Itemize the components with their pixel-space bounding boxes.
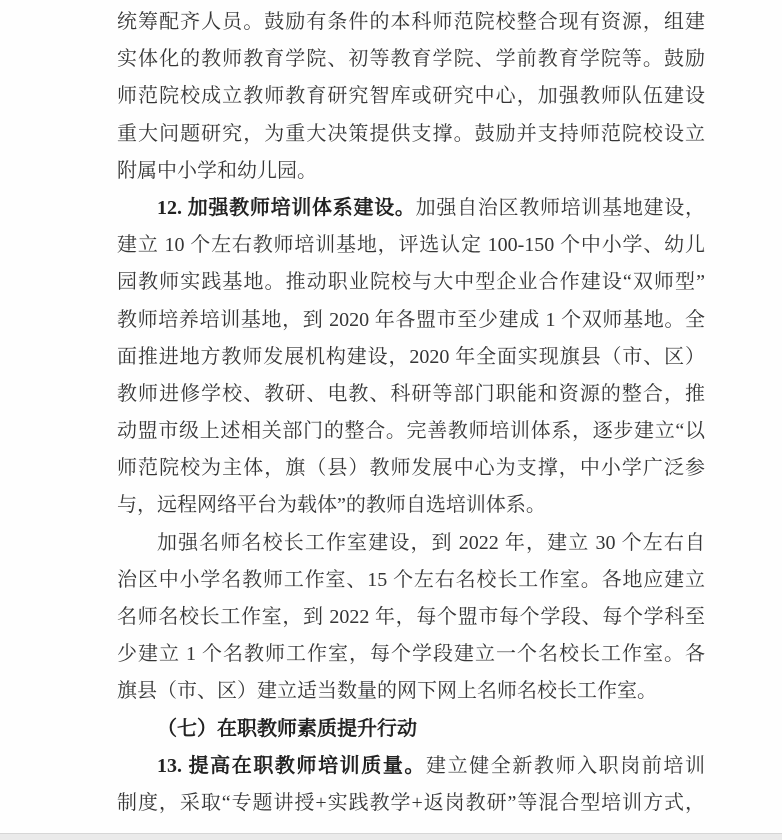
text-line: 面推进地方教师发展机构建设，2020 年全面实现旗县（市、区） xyxy=(117,339,705,376)
text-segment: 面推进地方教师发展机构建设，2020 年全面实现旗县（市、区） xyxy=(117,346,705,368)
text-line: 重大问题研究，为重大决策提供支撑。鼓励并支持师范院校设立 xyxy=(117,116,705,153)
text-line: 与，远程网络平台为载体”的教师自选培训体系。 xyxy=(117,487,705,524)
text-segment: 加强自治区教师培训基地建设， xyxy=(416,197,705,219)
text-segment: 园教师实践基地。推动职业院校与大中型企业合作建设“双师型” xyxy=(117,271,705,293)
text-line: 建立 10 个左右教师培训基地，评选认定 100-150 个中小学、幼儿 xyxy=(117,227,705,264)
text-line: 旗县（市、区）建立适当数量的网下网上名师名校长工作室。 xyxy=(117,673,705,710)
text-segment: 名师名校长工作室，到 2022 年，每个盟市每个学段、每个学科至 xyxy=(117,606,705,628)
text-line: 教师培养培训基地，到 2020 年各盟市至少建成 1 个双师基地。全 xyxy=(117,302,705,339)
section-number-title: 12. 加强教师培训体系建设。 xyxy=(157,197,416,219)
text-segment: 师范院校成立教师教育研究智库或研究中心，加强教师队伍建设 xyxy=(117,85,705,107)
text-line-section-13: 13. 提高在职教师培训质量。建立健全新教师入职岗前培训 xyxy=(117,748,705,785)
text-segment: 教师培养培训基地，到 2020 年各盟市至少建成 1 个双师基地。全 xyxy=(117,309,705,331)
text-line-section-12: 12. 加强教师培训体系建设。加强自治区教师培训基地建设， xyxy=(117,190,705,227)
text-segment: 旗县（市、区）建立适当数量的网下网上名师名校长工作室。 xyxy=(117,680,657,702)
text-segment: 治区中小学名教师工作室、15 个左右名校长工作室。各地应建立 xyxy=(117,569,705,591)
text-line: 名师名校长工作室，到 2022 年，每个盟市每个学段、每个学科至 xyxy=(117,599,705,636)
text-segment: 附属中小学和幼儿园。 xyxy=(117,160,317,182)
text-segment: 重大问题研究，为重大决策提供支撑。鼓励并支持师范院校设立 xyxy=(117,123,705,145)
text-line: 实体化的教师教育学院、初等教育学院、学前教育学院等。鼓励 xyxy=(117,41,705,78)
text-line: 动盟市级上述相关部门的整合。完善教师培训体系，逐步建立“以 xyxy=(117,413,705,450)
text-segment: 实体化的教师教育学院、初等教育学院、学前教育学院等。鼓励 xyxy=(117,48,705,70)
text-segment: 动盟市级上述相关部门的整合。完善教师培训体系，逐步建立“以 xyxy=(117,420,705,442)
text-line: 制度，采取“专题讲授+实践教学+返岗教研”等混合型培训方式， xyxy=(117,785,705,822)
text-segment: 建立健全新教师入职岗前培训 xyxy=(426,755,705,777)
text-line: 加强名师名校长工作室建设，到 2022 年，建立 30 个左右自 xyxy=(117,525,705,562)
text-segment: 统筹配齐人员。鼓励有条件的本科师范院校整合现有资源，组建 xyxy=(117,11,705,33)
text-segment: 加强名师名校长工作室建设，到 2022 年，建立 30 个左右自 xyxy=(157,532,705,554)
text-segment: 建立 10 个左右教师培训基地，评选认定 100-150 个中小学、幼儿 xyxy=(117,234,705,256)
document-text-block: 统筹配齐人员。鼓励有条件的本科师范院校整合现有资源，组建 实体化的教师教育学院、… xyxy=(117,4,705,822)
document-page: 统筹配齐人员。鼓励有条件的本科师范院校整合现有资源，组建 实体化的教师教育学院、… xyxy=(0,0,782,840)
text-line: 教师进修学校、教研、电教、科研等部门职能和资源的整合，推 xyxy=(117,376,705,413)
text-line: 少建立 1 个名教师工作室，每个学段建立一个名校长工作室。各 xyxy=(117,636,705,673)
text-line: 师范院校为主体，旗（县）教师发展中心为支撑，中小学广泛参 xyxy=(117,450,705,487)
text-line: 附属中小学和幼儿园。 xyxy=(117,153,705,190)
text-line: 统筹配齐人员。鼓励有条件的本科师范院校整合现有资源，组建 xyxy=(117,4,705,41)
text-segment: 师范院校为主体，旗（县）教师发展中心为支撑，中小学广泛参 xyxy=(117,457,705,479)
text-segment: 与，远程网络平台为载体”的教师自选培训体系。 xyxy=(117,494,546,516)
text-line: 园教师实践基地。推动职业院校与大中型企业合作建设“双师型” xyxy=(117,264,705,301)
text-line: 师范院校成立教师教育研究智库或研究中心，加强教师队伍建设 xyxy=(117,78,705,115)
text-segment: 制度，采取“专题讲授+实践教学+返岗教研”等混合型培训方式， xyxy=(117,792,705,814)
page-boundary-strip xyxy=(0,833,782,840)
text-segment: 教师进修学校、教研、电教、科研等部门职能和资源的整合，推 xyxy=(117,383,705,405)
text-line: 治区中小学名教师工作室、15 个左右名校长工作室。各地应建立 xyxy=(117,562,705,599)
section-number-title: 13. 提高在职教师培训质量。 xyxy=(157,755,426,777)
text-segment: 少建立 1 个名教师工作室，每个学段建立一个名校长工作室。各 xyxy=(117,643,705,665)
section-heading-7: （七）在职教师素质提升行动 xyxy=(117,711,705,748)
heading-text: （七）在职教师素质提升行动 xyxy=(157,718,417,740)
